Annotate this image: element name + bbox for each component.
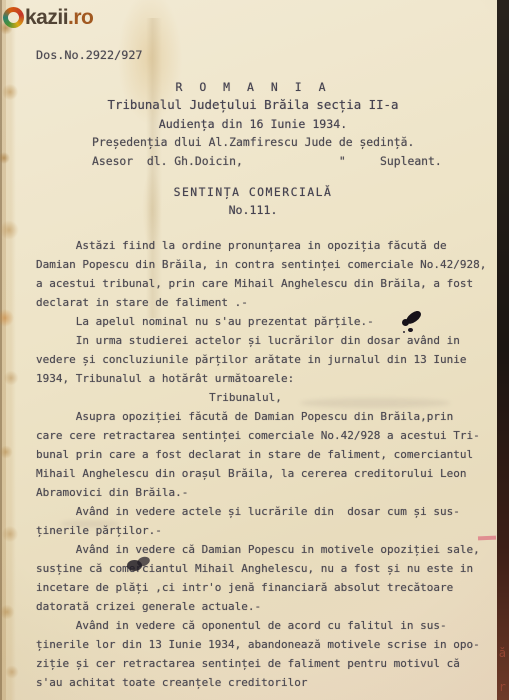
okazii-watermark-logo: kazii.ro bbox=[3, 7, 93, 28]
pink-pencil-mark bbox=[478, 536, 496, 541]
paragraph: Asupra opoziției făcută de Damian Popesc… bbox=[36, 407, 495, 502]
okazii-o-icon bbox=[3, 7, 24, 28]
country-heading: R O M A N I A bbox=[36, 78, 495, 97]
document-text: Dos.No.2922/927 R O M A N I A Tribunalul… bbox=[36, 46, 495, 692]
paragraph: Având in vedere că Damian Popescu in mot… bbox=[36, 540, 495, 616]
bleedthrough-char: r bbox=[499, 680, 506, 694]
assessor-line: Asesor dl. Gh.Doicin, " Supleant. bbox=[36, 152, 495, 171]
scanned-document-photo: { "watermark": { "site_o": "O", "site_ka… bbox=[0, 0, 509, 700]
paragraph: Astăzi fiind la ordine pronunțarea in op… bbox=[36, 236, 495, 312]
paragraph-centered: Tribunalul, bbox=[36, 388, 495, 407]
case-number: Dos.No.2922/927 bbox=[36, 46, 495, 65]
sentence-number: No.111. bbox=[36, 201, 495, 220]
okazii-logo-text: kazii bbox=[25, 7, 68, 28]
bleedthrough-char: ă bbox=[499, 646, 506, 660]
paragraph: In urma studierei actelor și lucrărilor … bbox=[36, 331, 495, 388]
paragraph: La apelul nominal nu s'au prezentat părț… bbox=[36, 312, 495, 331]
sentence-title: SENTINȚA COMERCIALĂ bbox=[36, 183, 495, 202]
paragraph: Având in vedere actele și lucrările din … bbox=[36, 502, 495, 540]
okazii-logo-ro: .ro bbox=[68, 7, 93, 28]
hearing-date-line: Audiența din 16 Iunie 1934. bbox=[36, 115, 495, 134]
president-line: Președenția dlui Al.Zamfirescu Jude de ș… bbox=[36, 133, 495, 152]
court-heading: Tribunalul Județului Brăila secția II-a bbox=[36, 96, 495, 115]
ink-blot bbox=[399, 312, 425, 336]
document-body: Astăzi fiind la ordine pronunțarea in op… bbox=[36, 236, 495, 692]
photo-right-edge: ă r bbox=[497, 0, 509, 700]
paragraph: Având in vedere că oponentul de acord cu… bbox=[36, 616, 495, 692]
ink-blot-over-text bbox=[127, 557, 151, 572]
